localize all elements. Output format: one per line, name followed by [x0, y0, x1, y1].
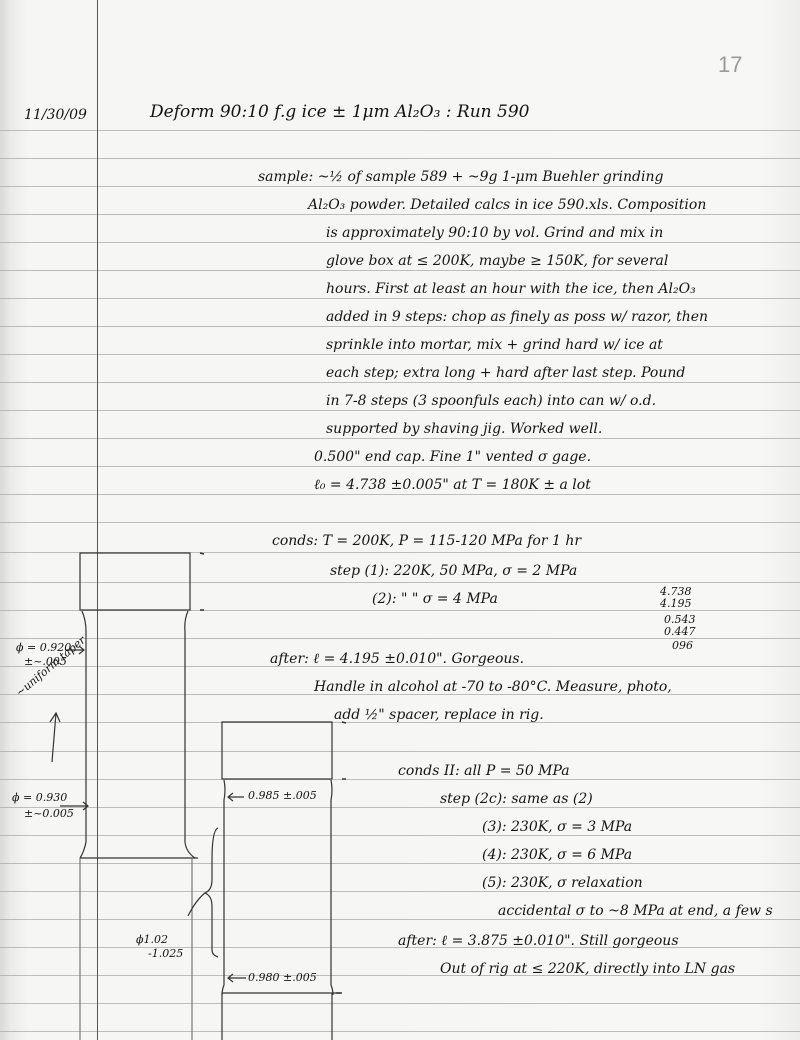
ruled-line — [0, 382, 800, 383]
calc-line: 0.543 — [664, 614, 696, 625]
conds2-line: Out of rig at ≤ 220K, directly into LN g… — [440, 962, 735, 976]
conds2-line: after: ℓ = 3.875 ±0.010". Still gorgeous — [398, 934, 679, 948]
ruled-line — [0, 1031, 800, 1032]
ruled-line — [0, 326, 800, 327]
after-line: after: ℓ = 4.195 ±0.010". Gorgeous. — [270, 652, 524, 666]
ruled-line — [0, 552, 800, 553]
conds-line: conds: T = 200K, P = 115-120 MPa for 1 h… — [272, 534, 581, 548]
ruled-line — [0, 779, 800, 780]
right-sample-right-edge — [331, 780, 333, 995]
notebook-page: 17 11/30/09 Deform 90:10 f.g ice ± 1μm A… — [0, 0, 800, 1040]
ruled-line — [0, 130, 800, 131]
page-number: 17 — [718, 52, 742, 78]
brace — [205, 828, 218, 957]
sample-line: added in 9 steps: chop as finely as poss… — [326, 310, 708, 324]
brace-label-2: -1.025 — [148, 948, 183, 959]
sample-line: sample: ~½ of sample 589 + ~9g 1-μm Bueh… — [258, 170, 663, 184]
phi-bottom-tolerance: ±~0.005 — [24, 808, 74, 819]
arrow — [50, 713, 60, 762]
ruled-line — [0, 242, 800, 243]
sample-line: 0.500" end cap. Fine 1" vented σ gage. — [314, 450, 591, 464]
conds-line: (2): " " σ = 4 MPa — [372, 592, 498, 606]
entry-title: Deform 90:10 f.g ice ± 1μm Al₂O₃ : Run 5… — [150, 104, 529, 121]
calc-line: 4.738 — [660, 586, 692, 597]
sample-line: hours. First at least an hour with the i… — [326, 282, 696, 296]
ruled-line — [0, 158, 800, 159]
conds2-line: conds II: all P = 50 MPa — [398, 764, 570, 778]
ruled-line — [0, 863, 800, 864]
ruled-line — [0, 751, 800, 752]
right-bottom-dimension: 0.980 ±.005 — [248, 972, 317, 983]
conds2-line: step (2c): same as (2) — [440, 792, 593, 806]
ruled-line — [0, 466, 800, 467]
sample-right-edge — [185, 611, 195, 858]
right-top-dimension: 0.985 ±.005 — [248, 790, 317, 801]
phi-bottom-label: ϕ = 0.930 — [12, 792, 67, 803]
ruled-line — [0, 298, 800, 299]
ruled-line — [0, 522, 800, 523]
after-line: add ½" spacer, replace in rig. — [334, 708, 544, 722]
sample-line: Al₂O₃ powder. Detailed calcs in ice 590.… — [308, 198, 706, 212]
calc-line: 096 — [672, 640, 693, 651]
margin-line — [97, 0, 98, 1040]
sample-line: is approximately 90:10 by vol. Grind and… — [326, 226, 663, 240]
ruled-line — [0, 919, 800, 920]
calc-line: 0.447 — [664, 626, 696, 637]
conds2-line: accidental σ to ~8 MPa at end, a few s — [498, 904, 773, 918]
ruled-line — [0, 891, 800, 892]
ruled-line — [0, 835, 800, 836]
entry-date: 11/30/09 — [24, 108, 87, 122]
right-sample-left-edge — [222, 780, 225, 995]
ruled-line — [0, 410, 800, 411]
ruled-line — [0, 438, 800, 439]
sample-line: glove box at ≤ 200K, maybe ≥ 150K, for s… — [326, 254, 668, 268]
ruled-line — [0, 807, 800, 808]
conds2-line: (4): 230K, σ = 6 MPa — [482, 848, 632, 862]
ruled-line — [0, 214, 800, 215]
ruled-line — [0, 494, 800, 495]
sample-line: supported by shaving jig. Worked well. — [326, 422, 602, 436]
conds2-line: (5): 230K, σ relaxation — [482, 876, 643, 890]
conds2-line: (3): 230K, σ = 3 MPa — [482, 820, 632, 834]
ruled-line — [0, 186, 800, 187]
sample-line: ℓ₀ = 4.738 ±0.005" at T = 180K ± a lot — [314, 478, 591, 492]
sample-line: each step; extra long + hard after last … — [326, 366, 685, 380]
ruled-line — [0, 354, 800, 355]
calc-line: 4.195 — [660, 598, 692, 609]
ruled-line — [0, 582, 800, 583]
brace-label: ϕ1.02 — [136, 934, 168, 945]
ruled-line — [0, 270, 800, 271]
conds-line: step (1): 220K, 50 MPa, σ = 2 MPa — [330, 564, 577, 578]
ruled-line — [0, 610, 800, 611]
after-line: Handle in alcohol at -70 to -80°C. Measu… — [314, 680, 672, 694]
sample-sketch — [0, 0, 800, 1040]
ruled-line — [0, 1003, 800, 1004]
sample-line: in 7-8 steps (3 spoonfuls each) into can… — [326, 394, 656, 408]
sample-line: sprinkle into mortar, mix + grind hard w… — [326, 338, 663, 352]
arrow — [228, 793, 244, 801]
